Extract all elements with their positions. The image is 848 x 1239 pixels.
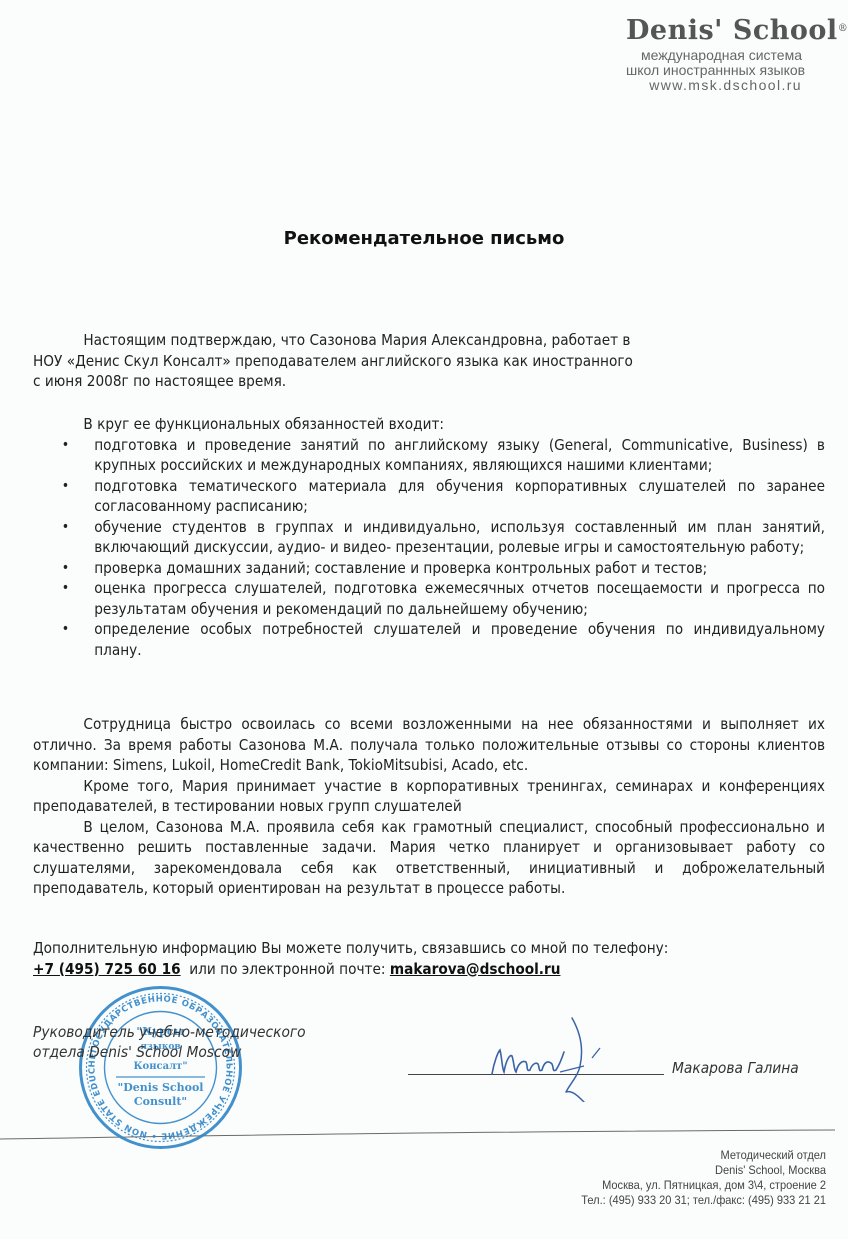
registered-mark-icon: ® [838, 23, 848, 34]
logo-tagline-1: международная система [626, 48, 802, 63]
assessment-paragraphs: Сотрудница быстро освоилась со всеми воз… [33, 714, 825, 899]
official-stamp-icon: НЕГОСУДАРСТВЕННОЕ ОБРАЗОВАТЕЛЬНОЕ УЧРЕЖД… [78, 985, 243, 1150]
contact-text: Дополнительную информацию Вы можете полу… [33, 938, 825, 959]
paragraph: В целом, Сазонова М.А. проявила себя как… [33, 817, 825, 899]
footer-address: Методический отдел Denis' School, Москва… [581, 1148, 826, 1208]
letter-title: Рекомендательное письмо [0, 228, 848, 249]
intro-line: Настоящим подтверждаю, что Сазонова Мари… [33, 330, 780, 351]
duty-item: подготовка и проведение занятий по англи… [94, 435, 825, 476]
signer-name: Макарова Галина [672, 1059, 799, 1077]
svg-text:"Denis School: "Denis School [118, 1081, 204, 1094]
duties-list: подготовка и проведение занятий по англи… [33, 435, 825, 661]
contact-middle-text: или по электронной почте: [181, 960, 390, 978]
footer-line: Тел.: (495) 933 20 31; тел./факс: (495) … [581, 1193, 826, 1208]
duty-item: проверка домашних заданий; составление и… [94, 558, 825, 579]
intro-paragraph: Настоящим подтверждаю, что Сазонова Мари… [33, 330, 780, 392]
duty-item: обучение студентов в группах и индивидуа… [94, 517, 825, 558]
duty-item: оценка прогресса слушателей, подготовка … [94, 578, 825, 619]
duty-item: подготовка тематического материала для о… [94, 476, 825, 517]
contact-paragraph: Дополнительную информацию Вы можете полу… [33, 938, 825, 979]
duties-section: В круг ее функциональных обязанностей вх… [33, 414, 825, 660]
phone-link[interactable]: +7 (495) 725 60 16 [33, 960, 181, 978]
signer-role-line: отдела Denis' School Moscow [33, 1042, 306, 1062]
paragraph: Сотрудница быстро освоилась со всеми воз… [33, 714, 825, 776]
duty-item: определение особых потребностей слушател… [94, 619, 825, 660]
logo-brand: Denis' School® [626, 14, 826, 48]
intro-line: НОУ «Денис Скул Консалт» преподавателем … [33, 351, 780, 372]
intro-line: с июня 2008г по настоящее время. [33, 371, 780, 392]
duties-lead: В круг ее функциональных обязанностей вх… [83, 414, 825, 435]
school-logo: Denis' School® международная система шко… [626, 14, 826, 93]
svg-text:Consult": Consult" [134, 1095, 187, 1108]
footer-line: Методический отдел [581, 1148, 826, 1163]
handwritten-signature-icon [480, 1012, 610, 1102]
footer-line: Denis' School, Москва [581, 1163, 826, 1178]
letter-page: Denis' School® международная система шко… [0, 0, 848, 1239]
logo-tagline-2: школ иностраннных языков [626, 63, 802, 78]
signer-role-line: Руководитель учебно-методического [33, 1022, 306, 1042]
footer-line: Москва, ул. Пятницкая, дом 3\4, строение… [581, 1178, 826, 1193]
svg-text:Консалт": Консалт" [133, 1061, 187, 1072]
logo-website: www.msk.dschool.ru [626, 78, 802, 93]
signer-role: Руководитель учебно-методического отдела… [33, 1022, 306, 1062]
paragraph: Кроме того, Мария принимает участие в ко… [33, 776, 825, 817]
email-link[interactable]: makarova@dschool.ru [390, 960, 561, 978]
